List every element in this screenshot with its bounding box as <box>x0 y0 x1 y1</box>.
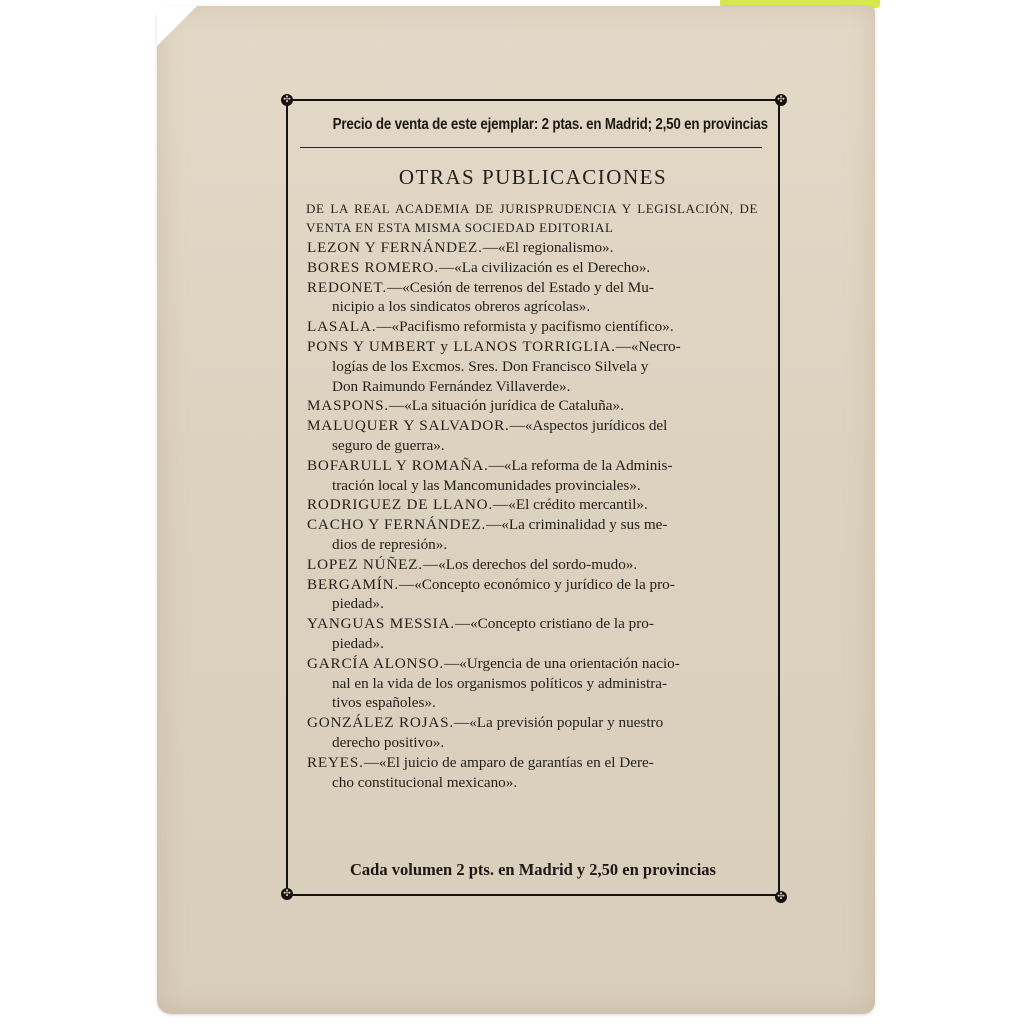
entry-title: —«Concepto económico y jurídico de la pr… <box>399 576 675 593</box>
entry-author: PONS Y UMBERT y LLANOS TORRIGLIA. <box>307 338 616 355</box>
list-item: CACHO Y FERNÁNDEZ.—«La criminalidad y su… <box>307 515 759 555</box>
list-item: GONZÁLEZ ROJAS.—«La previsión popular y … <box>307 713 759 753</box>
entry-author: REYES. <box>307 754 364 771</box>
entry-title: —«La civilización es el Derecho». <box>439 259 650 276</box>
list-item: LOPEZ NÚÑEZ.—«Los derechos del sordo-mud… <box>307 555 759 575</box>
entry-author: MASPONS. <box>307 397 389 414</box>
entry-title: —«Concepto cristiano de la pro- <box>455 615 654 632</box>
entry-continuation: nicipio a los sindicatos obreros agrícol… <box>307 297 759 317</box>
entry-continuation: seguro de guerra». <box>307 436 759 456</box>
list-item: LEZON Y FERNÁNDEZ.—«El regionalismo». <box>307 238 759 258</box>
price-header: Precio de venta de este ejemplar: 2 ptas… <box>333 116 734 134</box>
entry-author: GARCÍA ALONSO. <box>307 655 444 672</box>
entry-author: LOPEZ NÚÑEZ. <box>307 556 423 573</box>
entry-continuation: piedad». <box>307 634 759 654</box>
entry-title: —«La previsión popular y nuestro <box>454 714 663 731</box>
subtitle: DE LA REAL ACADEMIA DE JURISPRUDENCIA Y … <box>306 199 758 237</box>
entry-author: YANGUAS MESSIA. <box>307 615 455 632</box>
entry-continuation: tración local y las Mancomunidades provi… <box>307 476 759 496</box>
page-title: OTRAS PUBLICACIONES <box>300 165 766 190</box>
entry-title: —«El crédito mercantil». <box>493 496 648 513</box>
entry-author: BERGAMÍN. <box>307 576 399 593</box>
entry-title: —«El juicio de amparo de garantías en el… <box>364 754 654 771</box>
entry-title: —«La criminalidad y sus me- <box>486 516 667 533</box>
corner-ornament-icon: ✣ <box>775 94 787 106</box>
entry-continuation: piedad». <box>307 594 759 614</box>
corner-ornament-icon: ✣ <box>775 891 787 903</box>
entry-author: LASALA. <box>307 318 376 335</box>
list-item: REDONET.—«Cesión de terrenos del Estado … <box>307 278 759 318</box>
entry-author: RODRIGUEZ DE LLANO. <box>307 496 493 513</box>
entry-author: REDONET. <box>307 279 387 296</box>
entry-title: —«Cesión de terrenos del Estado y del Mu… <box>387 279 654 296</box>
list-item: MASPONS.—«La situación jurídica de Catal… <box>307 396 759 416</box>
corner-ornament-icon: ✣ <box>281 888 293 900</box>
entry-title: —«Aspectos jurídicos del <box>510 417 668 434</box>
corner-ornament-icon: ✣ <box>281 94 293 106</box>
entry-continuation: tivos españoles». <box>307 693 759 713</box>
entry-title: —«Pacifismo reformista y pacifismo cient… <box>376 318 673 335</box>
entry-title: —«La reforma de la Adminis- <box>489 457 673 474</box>
footer-price: Cada volumen 2 pts. en Madrid y 2,50 en … <box>300 860 766 880</box>
entry-author: BOFARULL Y ROMAÑA. <box>307 457 489 474</box>
list-item: BORES ROMERO.—«La civilización es el Der… <box>307 258 759 278</box>
publication-list: LEZON Y FERNÁNDEZ.—«El regionalismo». BO… <box>307 238 759 792</box>
entry-title: —«Los derechos del sordo-mudo». <box>423 556 637 573</box>
entry-continuation: cho constitucional mexicano». <box>307 773 759 793</box>
entry-author: CACHO Y FERNÁNDEZ. <box>307 516 486 533</box>
entry-continuation: dios de represión». <box>307 535 759 555</box>
entry-author: LEZON Y FERNÁNDEZ. <box>307 239 483 256</box>
list-item: REYES.—«El juicio de amparo de garantías… <box>307 753 759 793</box>
list-item: MALUQUER Y SALVADOR.—«Aspectos jurídicos… <box>307 416 759 456</box>
entry-continuation: nal en la vida de los organismos polític… <box>307 674 759 694</box>
list-item: YANGUAS MESSIA.—«Concepto cristiano de l… <box>307 614 759 654</box>
entry-author: BORES ROMERO. <box>307 259 439 276</box>
list-item: BERGAMÍN.—«Concepto económico y jurídico… <box>307 575 759 615</box>
divider-rule <box>300 147 762 148</box>
entry-author: MALUQUER Y SALVADOR. <box>307 417 510 434</box>
entry-continuation: Don Raimundo Fernández Villaverde». <box>307 377 759 397</box>
list-item: GARCÍA ALONSO.—«Urgencia de una orientac… <box>307 654 759 713</box>
entry-title: —«Necro- <box>616 338 681 355</box>
list-item: BOFARULL Y ROMAÑA.—«La reforma de la Adm… <box>307 456 759 496</box>
list-item: LASALA.—«Pacifismo reformista y pacifism… <box>307 317 759 337</box>
entry-continuation: derecho positivo». <box>307 733 759 753</box>
entry-author: GONZÁLEZ ROJAS. <box>307 714 454 731</box>
list-item: PONS Y UMBERT y LLANOS TORRIGLIA.—«Necro… <box>307 337 759 396</box>
list-item: RODRIGUEZ DE LLANO.—«El crédito mercanti… <box>307 495 759 515</box>
entry-title: —«Urgencia de una orientación nacio- <box>444 655 680 672</box>
entry-title: —«La situación jurídica de Cataluña». <box>389 397 624 414</box>
entry-title: —«El regionalismo». <box>483 239 614 256</box>
entry-continuation: logías de los Excmos. Sres. Don Francisc… <box>307 357 759 377</box>
